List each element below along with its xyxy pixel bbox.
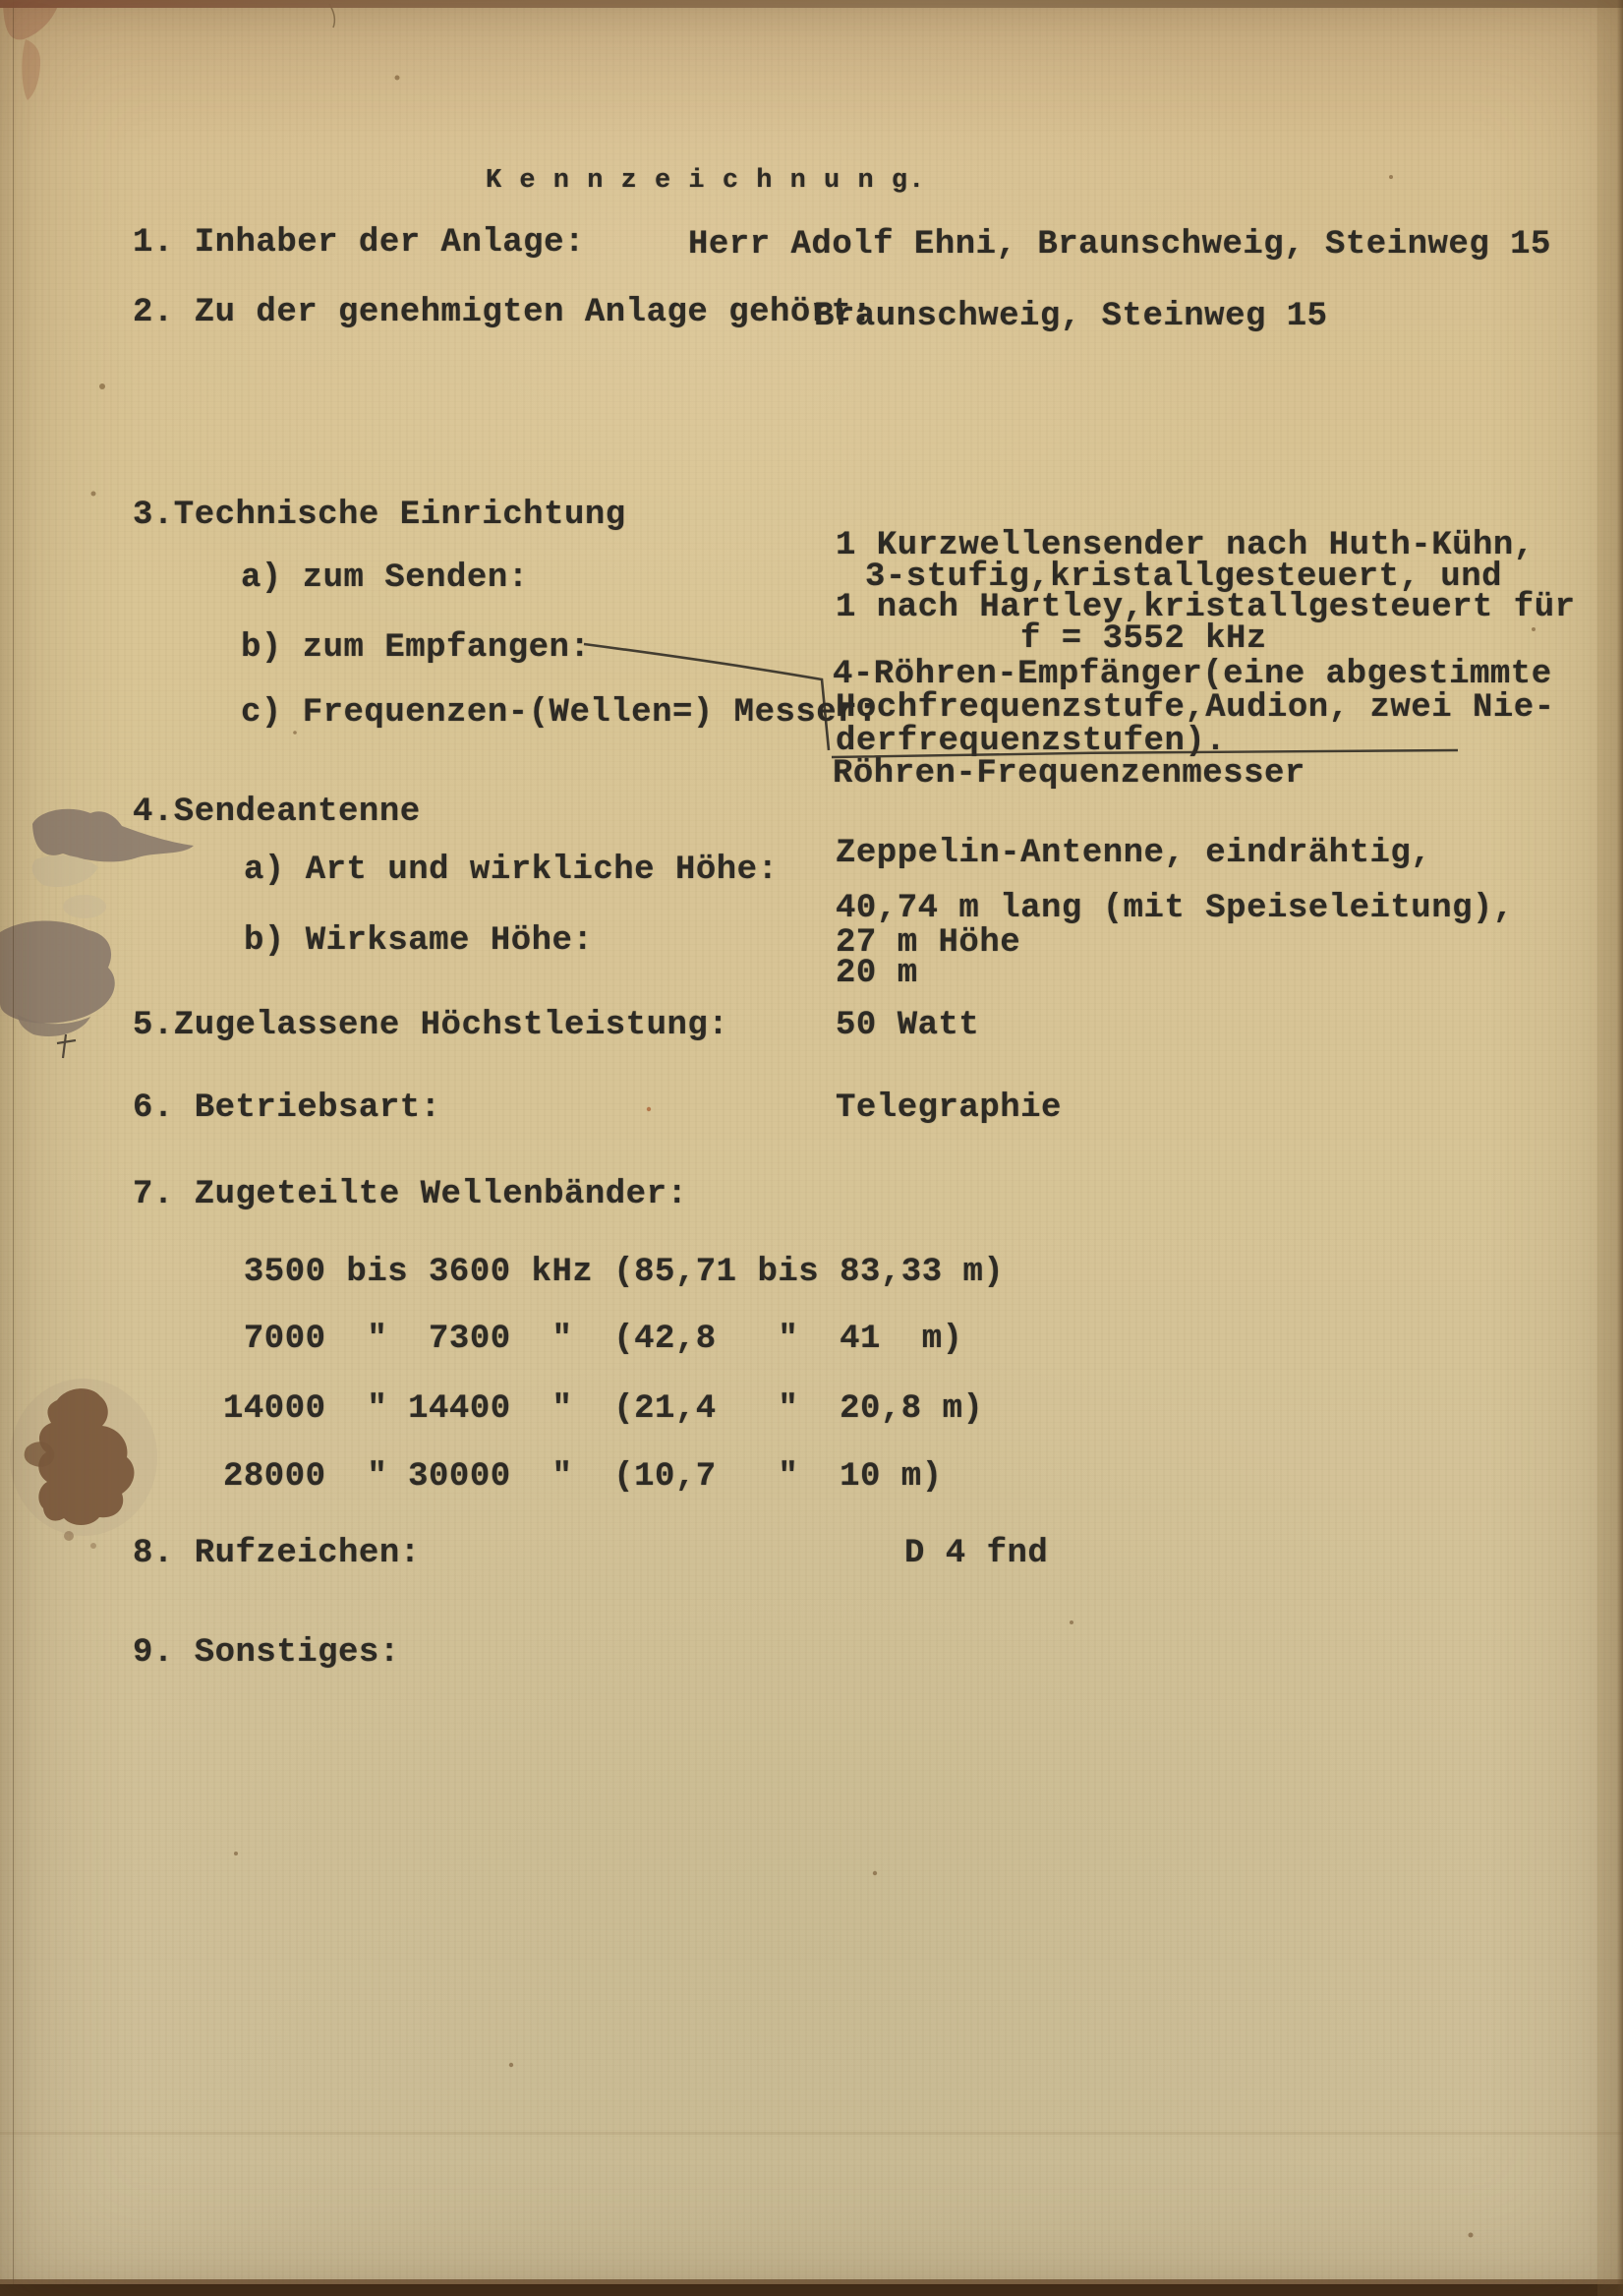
field-1-label: 1. Inhaber der Anlage: bbox=[133, 225, 585, 262]
field-2-value: Braunschweig, Steinweg 15 bbox=[814, 299, 1328, 335]
left-margin-stain-taper bbox=[18, 1015, 90, 1036]
field-5-value: 50 Watt bbox=[836, 1008, 979, 1044]
small-ink-mark bbox=[57, 1034, 76, 1058]
field-8-value: D 4 fnd bbox=[904, 1536, 1048, 1572]
tech-right-line: 4-Röhren-Empfänger(eine abgestimmte bbox=[833, 657, 1552, 693]
brown-blot-spur bbox=[25, 1442, 55, 1466]
page-edge-right-soft bbox=[1597, 0, 1623, 2296]
pen-annotations bbox=[0, 0, 1623, 2296]
paper-crease bbox=[0, 2132, 1623, 2135]
section-7-heading: 7. Zugeteilte Wellenbänder: bbox=[133, 1177, 687, 1213]
band-row: 3500 bis 3600 kHz (85,71 bis 83,33 m) bbox=[223, 1255, 1004, 1291]
brown-blot-dot bbox=[64, 1531, 74, 1541]
section-4-sub-b: b) Wirksame Höhe: bbox=[244, 923, 593, 960]
page-edge-bottom-inner bbox=[0, 2279, 1623, 2284]
brown-blot-main bbox=[38, 1388, 134, 1525]
band-row: 7000 " 7300 " (42,8 " 41 m) bbox=[223, 1322, 963, 1358]
torn-paper-patch bbox=[32, 855, 98, 887]
tech-right-line: Röhren-Frequenzenmesser bbox=[833, 756, 1305, 793]
page-edge-right bbox=[1617, 0, 1623, 2296]
antenna-right-line: 20 m bbox=[836, 956, 918, 992]
binding-edge-left bbox=[0, 0, 14, 2296]
field-6-value: Telegraphie bbox=[836, 1090, 1062, 1127]
scan-vignette bbox=[0, 0, 1623, 2296]
document-page: K e n n z e i c h n u n g. 1. Inhaber de… bbox=[0, 0, 1623, 2296]
tech-right-line: Hochfrequenzstufe,Audion, zwei Nie- bbox=[836, 690, 1555, 727]
brown-blot-dot-small bbox=[90, 1543, 96, 1549]
field-6-label: 6. Betriebsart: bbox=[133, 1090, 441, 1127]
antenna-right-line: Zeppelin-Antenne, eindrähtig, bbox=[836, 836, 1431, 872]
paper-stains bbox=[0, 0, 1623, 2296]
field-9-label: 9. Sonstiges: bbox=[133, 1635, 400, 1672]
brown-blot-halo bbox=[10, 1379, 157, 1536]
left-margin-stain-lower bbox=[0, 920, 115, 1023]
document-title: K e n n z e i c h n u n g. bbox=[486, 167, 925, 197]
section-4-sub-a: a) Art und wirkliche Höhe: bbox=[244, 853, 779, 889]
field-5-label: 5.Zugelassene Höchstleistung: bbox=[133, 1008, 728, 1044]
section-3-sub-c: c) Frequenzen-(Wellen=) Messer: bbox=[241, 695, 878, 732]
corner-remnant-stain bbox=[3, 2, 57, 40]
band-row: 28000 " 30000 " (10,7 " 10 m) bbox=[223, 1459, 943, 1496]
antenna-right-line: 40,74 m lang (mit Speiseleitung), bbox=[836, 891, 1514, 927]
section-4-heading: 4.Sendeantenne bbox=[133, 795, 421, 831]
field-1-value: Herr Adolf Ehni, Braunschweig, Steinweg … bbox=[688, 227, 1551, 264]
field-8-label: 8. Rufzeichen: bbox=[133, 1536, 421, 1572]
page-edge-top bbox=[0, 0, 1623, 8]
torn-paper-patch-small bbox=[63, 895, 106, 918]
field-2-label: 2. Zu der genehmigten Anlage gehört: bbox=[133, 295, 873, 331]
corner-remnant-streak bbox=[22, 39, 40, 100]
tech-right-line: f = 3552 kHz bbox=[1020, 621, 1267, 658]
band-row: 14000 " 14400 " (21,4 " 20,8 m) bbox=[223, 1391, 983, 1428]
section-3-sub-a: a) zum Senden: bbox=[241, 560, 529, 597]
section-3-sub-b: b) zum Empfangen: bbox=[241, 630, 590, 667]
page-edge-bottom bbox=[0, 2284, 1623, 2296]
section-3-heading: 3.Technische Einrichtung bbox=[133, 498, 626, 534]
